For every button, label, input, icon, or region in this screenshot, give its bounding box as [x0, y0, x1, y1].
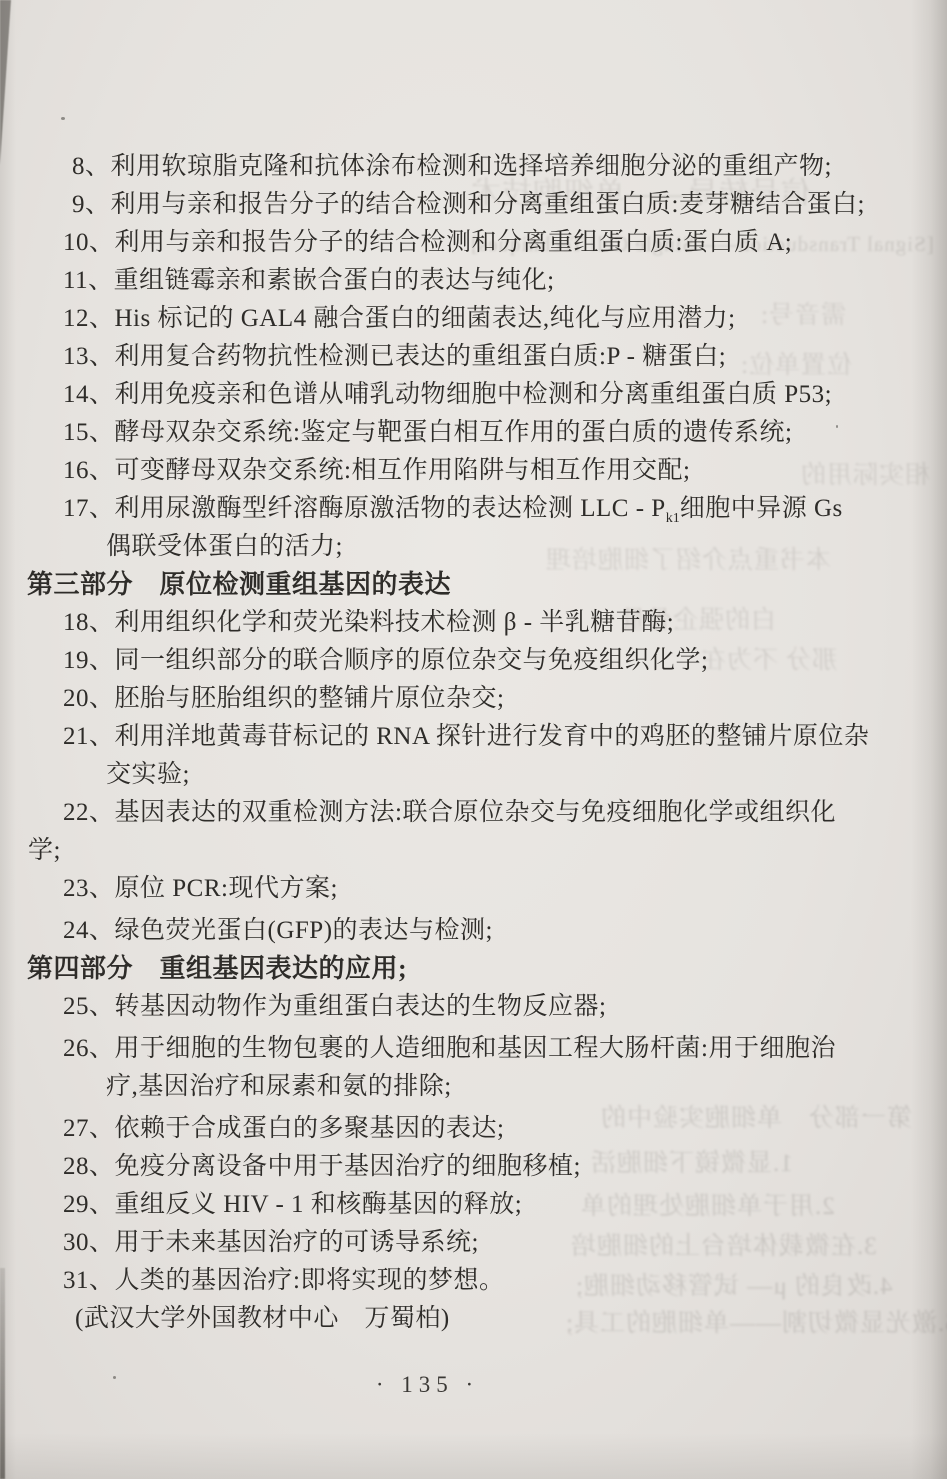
toc-item-20: 20、胚胎与胚胎组织的整铺片原位杂交;	[0, 680, 947, 718]
toc-item-17: 17、利用尿激酶型纤溶酶原激活物的表达检测 LLC - Pk1细胞中异源 Gs	[0, 490, 947, 528]
scan-shadow-right	[911, 0, 947, 1479]
toc-item-21: 21、利用洋地黄毒苷标记的 RNA 探针进行发育中的鸡胚的整铺片原位杂	[0, 718, 947, 756]
scan-speck	[345, 700, 347, 702]
toc-item-12: 12、His 标记的 GAL4 融合蛋白的细菌表达,纯化与应用潜力;	[0, 300, 947, 338]
toc-item-22-continuation: 学;	[0, 832, 947, 870]
toc-item-16: 16、可变酵母双杂交系统:相互作用陷阱与相互作用交配;	[0, 452, 947, 490]
scan-speck	[113, 1376, 116, 1379]
toc-item-10: 10、利用与亲和报告分子的结合检测和分离重组蛋白质:蛋白质 A;	[0, 224, 947, 262]
section-heading-part4: 第四部分 重组基因表达的应用;	[0, 950, 947, 988]
toc-item-23: 23、原位 PCR:现代方案;	[0, 870, 947, 908]
toc-item-28: 28、免疫分离设备中用于基因治疗的细胞移植;	[0, 1148, 947, 1186]
scan-speck	[836, 425, 838, 428]
scan-speck	[61, 117, 65, 120]
scan-shadow-bottom	[0, 1433, 947, 1479]
toc-text-block: 8、利用软琼脂克隆和抗体涂布检测和选择培养细胞分泌的重组产物; 9、利用与亲和报…	[0, 148, 947, 1338]
toc-item-26-continuation: 疗,基因治疗和尿素和氨的排除;	[0, 1068, 947, 1106]
toc-item-25: 25、转基因动物作为重组蛋白表达的生物反应器;	[0, 988, 947, 1026]
attribution-line: (武汉大学外国教材中心 万蜀柏)	[0, 1300, 947, 1338]
toc-item-17-post: 细胞中异源 Gs	[680, 495, 843, 522]
toc-item-17-continuation: 偶联受体蛋白的活力;	[0, 528, 947, 566]
toc-item-13: 13、利用复合药物抗性检测已表达的重组蛋白质:P - 糖蛋白;	[0, 338, 947, 376]
toc-item-29: 29、重组反义 HIV - 1 和核酶基因的释放;	[0, 1186, 947, 1224]
toc-item-8: 8、利用软琼脂克隆和抗体涂布检测和选择培养细胞分泌的重组产物;	[0, 148, 947, 186]
toc-item-15: 15、酵母双杂交系统:鉴定与靶蛋白相互作用的蛋白质的遗传系统;	[0, 414, 947, 452]
toc-item-26: 26、用于细胞的生物包裹的人造细胞和基因工程大肠杆菌:用于细胞治	[0, 1030, 947, 1068]
toc-item-17-pre: 17、利用尿激酶型纤溶酶原激活物的表达检测 LLC - P	[63, 495, 666, 522]
toc-item-30: 30、用于未来基因治疗的可诱导系统;	[0, 1224, 947, 1262]
toc-item-27: 27、依赖于合成蛋白的多聚基因的表达;	[0, 1110, 947, 1148]
toc-item-9: 9、利用与亲和报告分子的结合检测和分离重组蛋白质:麦芽糖结合蛋白;	[0, 186, 947, 224]
scanned-book-page: 信号转导——单细胞技术 [Signal Transduction——Single…	[0, 0, 947, 1479]
toc-item-14: 14、利用免疫亲和色谱从哺乳动物细胞中检测和分离重组蛋白质 P53;	[0, 376, 947, 414]
section-heading-part3: 第三部分 原位检测重组基因的表达	[0, 566, 947, 604]
toc-item-17-subscript: k1	[666, 511, 680, 526]
scan-shadow-left	[0, 0, 16, 1479]
toc-item-21-continuation: 交实验;	[0, 756, 947, 794]
toc-item-11: 11、重组链霉亲和素嵌合蛋白的表达与纯化;	[0, 262, 947, 300]
page-number: · 135 ·	[0, 1372, 901, 1398]
toc-item-24: 24、绿色荧光蛋白(GFP)的表达与检测;	[0, 912, 947, 950]
toc-item-31: 31、人类的基因治疗:即将实现的梦想。	[0, 1262, 947, 1300]
toc-item-18: 18、利用组织化学和荧光染料技术检测 β - 半乳糖苷酶;	[0, 604, 947, 642]
toc-item-19: 19、同一组织部分的联合顺序的原位杂交与免疫组织化学;	[0, 642, 947, 680]
toc-item-22: 22、基因表达的双重检测方法:联合原位杂交与免疫细胞化学或组织化	[0, 794, 947, 832]
